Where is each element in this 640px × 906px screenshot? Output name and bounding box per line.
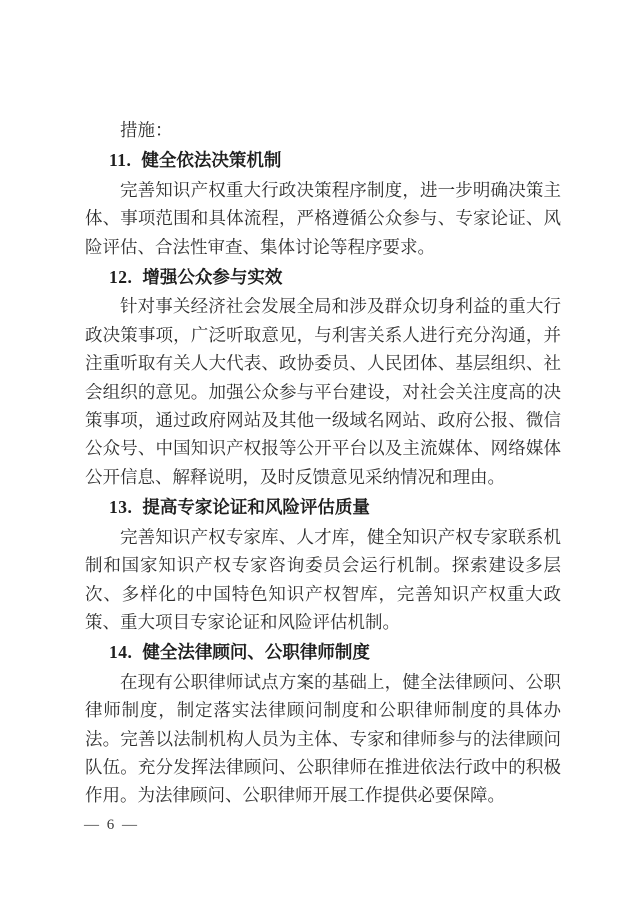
section-body: 针对事关经济社会发展全局和涉及群众切身利益的重大行政决策事项，广泛听取意见，与利… — [85, 292, 561, 491]
document-body: 措施： 11.健全依法决策机制 完善知识产权重大行政决策程序制度，进一步明确决策… — [85, 116, 561, 810]
section-body: 在现有公职律师试点方案的基础上，健全法律顾问、公职律师制度，制定落实法律顾问制度… — [85, 668, 561, 810]
section-title: 提高专家论证和风险评估质量 — [142, 497, 370, 517]
section-title: 健全法律顾问、公职律师制度 — [142, 642, 370, 662]
document-page: 措施： 11.健全依法决策机制 完善知识产权重大行政决策程序制度，进一步明确决策… — [0, 0, 640, 906]
section-title: 健全依法决策机制 — [141, 150, 281, 170]
section-body: 完善知识产权重大行政决策程序制度，进一步明确决策主体、事项范围和具体流程，严格遵… — [85, 176, 561, 261]
section-heading-12: 12.增强公众参与实效 — [85, 263, 561, 291]
section-number: 12. — [109, 263, 132, 291]
section-title: 增强公众参与实效 — [142, 267, 282, 287]
section-heading-13: 13.提高专家论证和风险评估质量 — [85, 493, 561, 521]
page-number: — 6 — — [84, 815, 139, 835]
section-number: 13. — [109, 493, 132, 521]
section-number: 14. — [109, 638, 132, 666]
section-heading-14: 14.健全法律顾问、公职律师制度 — [85, 638, 561, 666]
section-heading-11: 11.健全依法决策机制 — [85, 146, 561, 174]
continuation-line: 措施： — [85, 116, 561, 144]
section-body: 完善知识产权专家库、人才库，健全知识产权专家联系机制和国家知识产权专家咨询委员会… — [85, 523, 561, 637]
section-number: 11. — [109, 146, 131, 174]
